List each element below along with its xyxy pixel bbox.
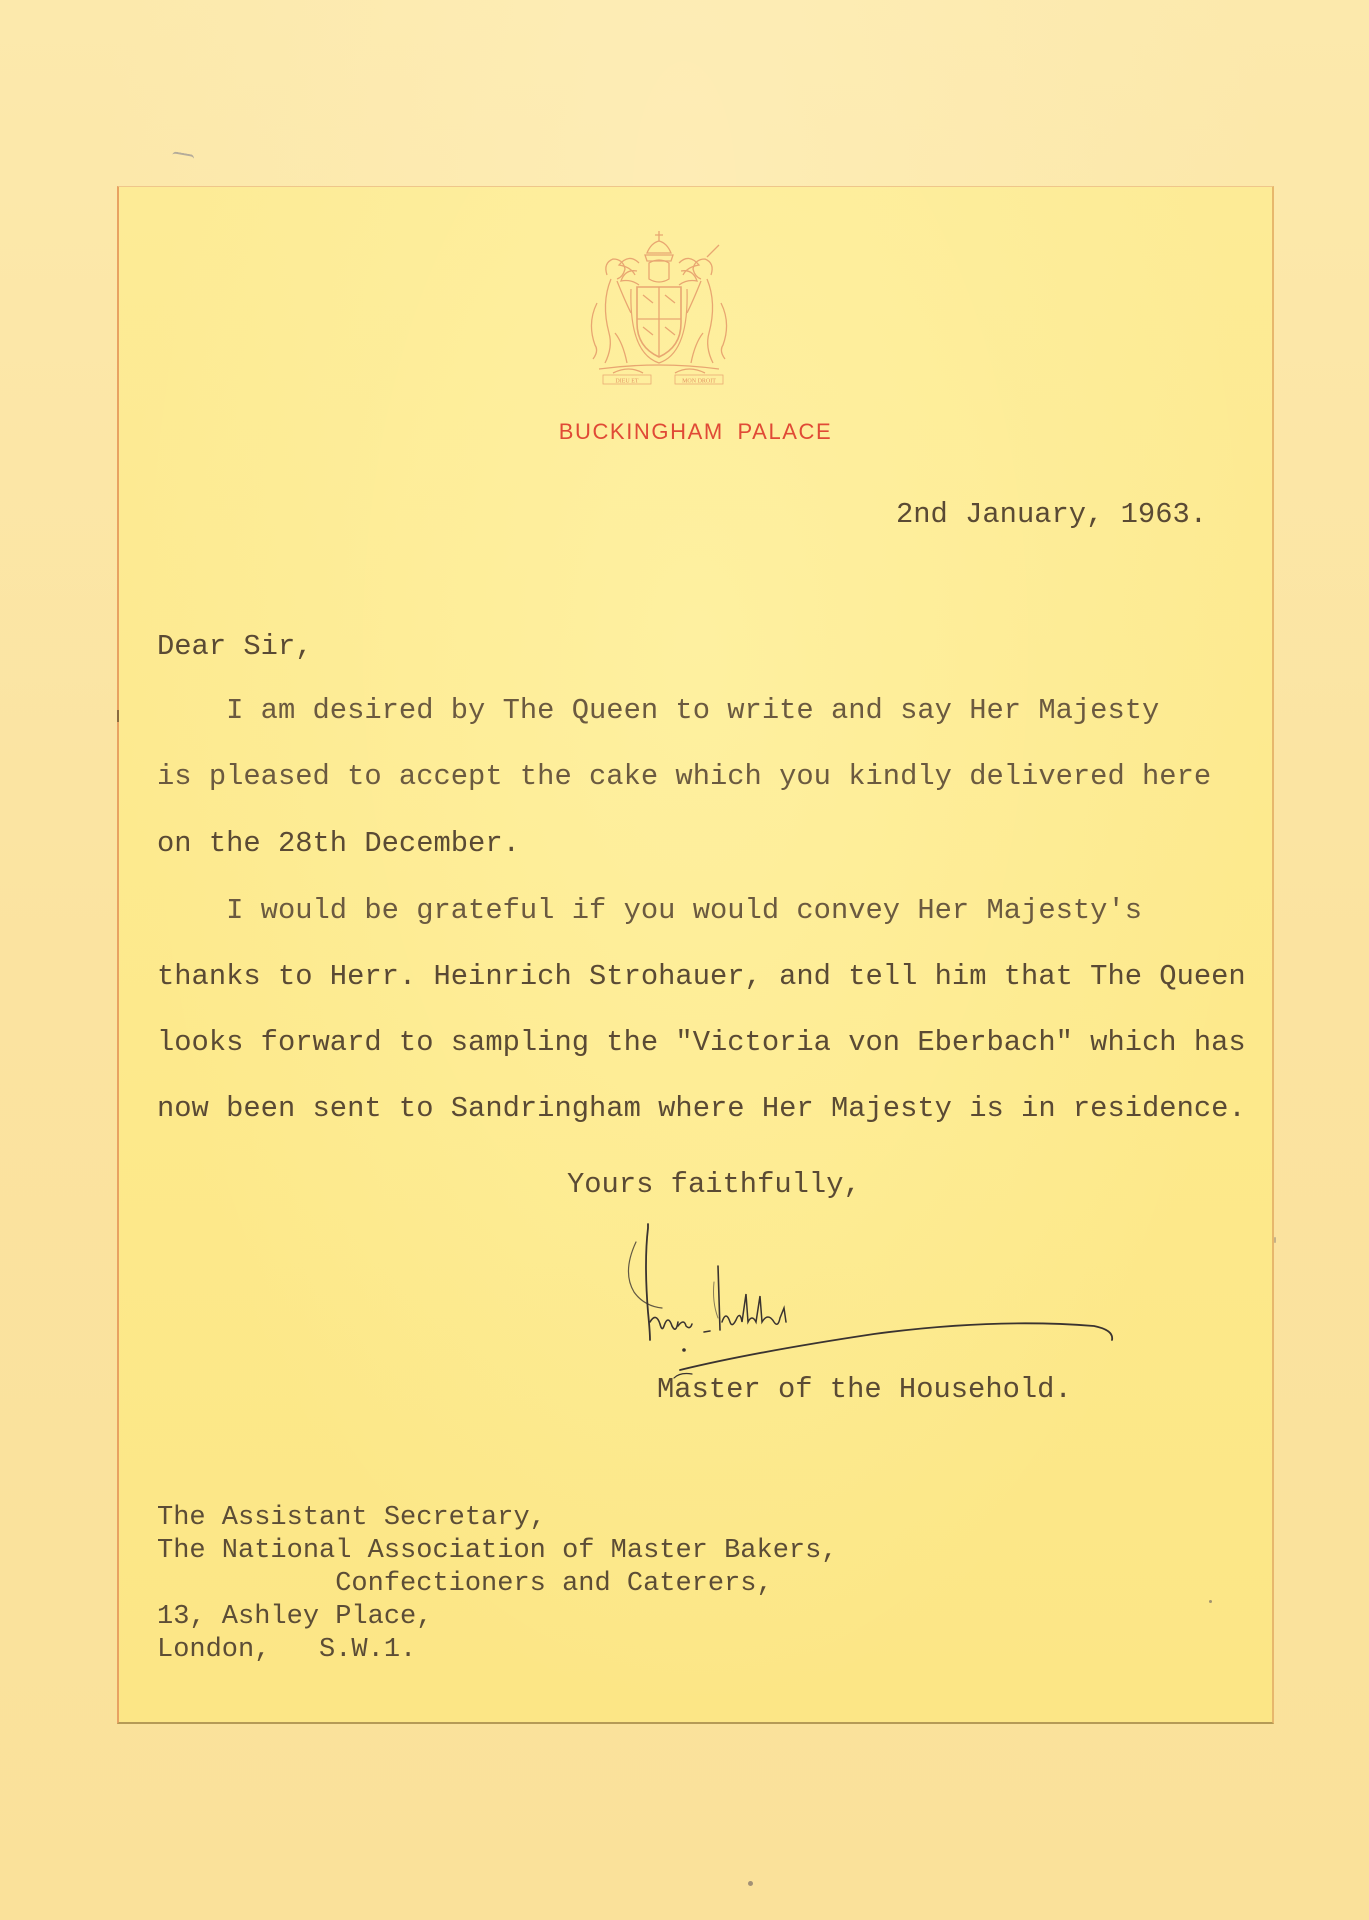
svg-text:DIEU ET: DIEU ET [615, 379, 638, 385]
salutation: Dear Sir, [157, 633, 313, 662]
pencil-mark [171, 151, 194, 163]
closing: Yours faithfully, [567, 1171, 861, 1200]
signature-icon [614, 1222, 1174, 1382]
address-line: The Assistant Secretary, [157, 1505, 546, 1532]
address-line: London, S.W.1. [157, 1637, 416, 1664]
address-line: The National Association of Master Baker… [157, 1538, 838, 1565]
letterhead-title: BUCKINGHAM PALACE [119, 419, 1272, 445]
edge-mark [117, 710, 119, 722]
body-line: looks forward to sampling the "Victoria … [157, 1029, 1246, 1058]
mat-speck [748, 1881, 753, 1886]
letter-date: 2nd January, 1963. [896, 501, 1207, 530]
body-line: on the 28th December. [157, 830, 520, 859]
body-line: is pleased to accept the cake which you … [157, 763, 1211, 792]
body-line: I am desired by The Queen to write and s… [157, 697, 1159, 726]
body-line: I would be grateful if you would convey … [157, 897, 1142, 926]
body-line: now been sent to Sandringham where Her M… [157, 1095, 1246, 1124]
paper-speck [1274, 1237, 1276, 1243]
letter-page: DIEU ET MON DROIT BUCKINGHAM PALACE 2nd … [117, 186, 1274, 1724]
paper-speck [1209, 1600, 1212, 1603]
address-line: 13, Ashley Place, [157, 1604, 432, 1631]
signatory-title: Master of the Household. [657, 1376, 1072, 1405]
address-line: Confectioners and Caterers, [157, 1571, 773, 1598]
svg-text:MON DROIT: MON DROIT [682, 379, 716, 385]
royal-crest-icon: DIEU ET MON DROIT [579, 223, 749, 393]
body-line: thanks to Herr. Heinrich Strohauer, and … [157, 963, 1246, 992]
